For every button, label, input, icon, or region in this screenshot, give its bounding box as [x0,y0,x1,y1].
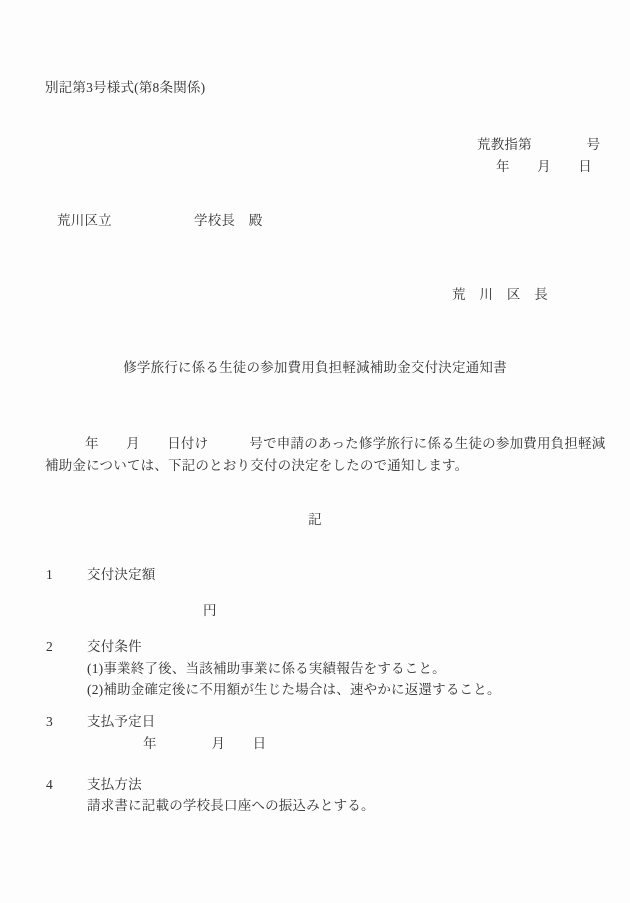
item-3-number: 3 [46,712,53,731]
addressee-line: 荒川区立 学校長 殿 [57,211,263,230]
document-title: 修学旅行に係る生徒の参加費用負担軽減補助金交付決定通知書 [0,358,630,377]
item-1-label: 交付決定額 [87,565,156,584]
item-4-payment-method-line: 請求書に記載の学校長口座への振込みとする。 [87,796,375,815]
item-3-label: 支払予定日 [87,712,156,731]
item-4-label: 支払方法 [87,775,142,794]
body-line-1: 年 月 日付け 号で申請のあった修学旅行に係る生徒の参加費用負担軽減 [45,434,605,453]
sender-line: 荒 川 区 長 [452,285,548,304]
item-2-number: 2 [46,637,53,656]
item-3-payment-date-line: 年 月 日 [143,734,266,753]
item-4-number: 4 [46,775,53,794]
document-page: 別記第3号様式(第8条関係) 荒教指第 号 年 月 日 荒川区立 学校長 殿 荒… [0,0,630,903]
item-2-condition-line-2: (2)補助金確定後に不用額が生じた場合は、速やかに返還すること。 [87,680,501,699]
item-1-amount-unit-line: 円 [203,601,217,620]
doc-number-line: 荒教指第 号 [477,135,600,154]
form-number: 別記第3号様式(第8条関係) [45,78,205,97]
body-line-2: 補助金については、下記のとおり交付の決定をしたので通知します。 [45,456,468,475]
record-marker: 記 [0,510,630,529]
item-2-label: 交付条件 [87,637,142,656]
item-2-condition-line-1: (1)事業終了後、当該補助事業に係る実績報告をすること。 [87,659,446,678]
item-1-number: 1 [46,565,53,584]
date-line: 年 月 日 [496,157,592,176]
